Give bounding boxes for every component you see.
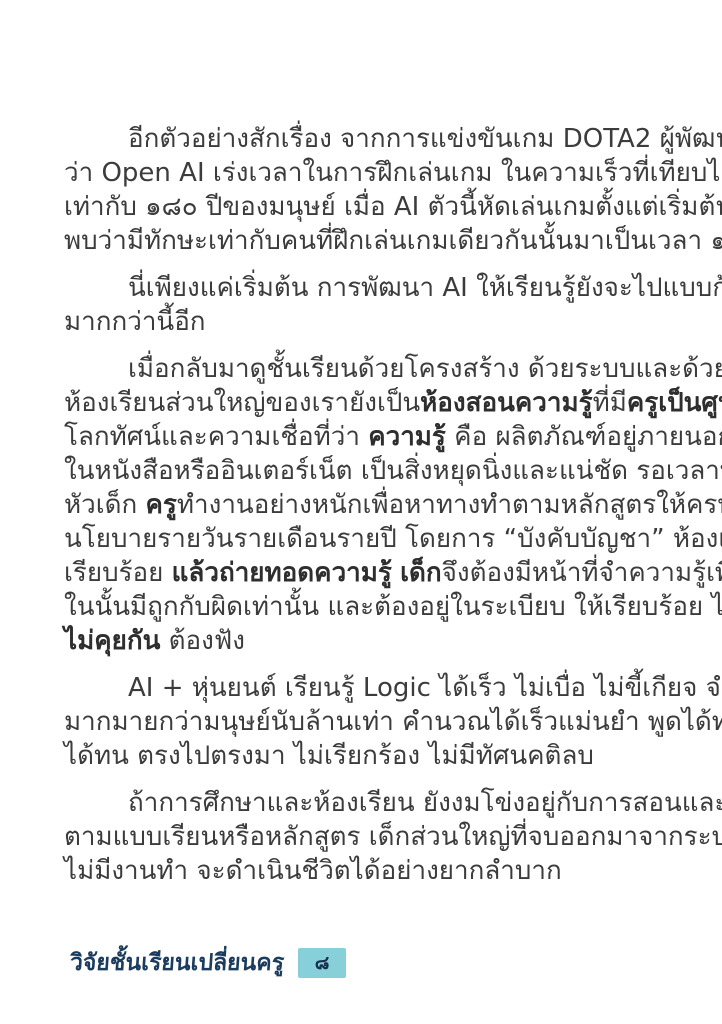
text-segment: นโยบายรายวันรายเดือนรายปี โดยการ “บังคับ… bbox=[64, 524, 722, 554]
text-line: เรียบร้อย แล้วถ่ายทอดความรู้ เด็กจึงต้อง… bbox=[64, 556, 686, 590]
paragraph: นี่เพียงแค่เริ่มต้น การพัฒนา AI ให้เรียน… bbox=[64, 271, 686, 339]
text-line: นโยบายรายวันรายเดือนรายปี โดยการ “บังคับ… bbox=[64, 522, 686, 556]
footer-book-title: วิจัยชั้นเรียนเปลี่ยนครู bbox=[69, 946, 285, 980]
text-segment: เมื่อกลับมาดูชั้นเรียนด้วยโครงสร้าง ด้วย… bbox=[128, 354, 722, 384]
text-line: พบว่ามีทักษะเท่ากับคนที่ฝึกเล่นเกมเดียวก… bbox=[64, 224, 686, 258]
paragraph: AI + หุ่นยนต์ เรียนรู้ Logic ได้เร็ว ไม่… bbox=[64, 671, 686, 773]
text-segment: นี่เพียงแค่เริ่มต้น การพัฒนา AI ให้เรียน… bbox=[128, 273, 722, 303]
text-line: ไม่มีงานทำ จะดำเนินชีวิตได้อย่างยากลำบาก bbox=[64, 854, 686, 888]
text-segment: ไม่มีงานทำ จะดำเนินชีวิตได้อย่างยากลำบาก bbox=[64, 856, 562, 886]
page-footer: วิจัยชั้นเรียนเปลี่ยนครู ๘ bbox=[70, 946, 346, 980]
text-segment: ทำงานอย่างหนักเพื่อหาทางทำตามหลักสูตรให้… bbox=[177, 490, 722, 520]
text-segment: เรียบร้อย bbox=[64, 558, 172, 588]
text-segment: ถ้าการศึกษาและห้องเรียน ยังงมโข่งอยู่กับ… bbox=[128, 788, 722, 818]
paragraph: ถ้าการศึกษาและห้องเรียน ยังงมโข่งอยู่กับ… bbox=[64, 786, 686, 888]
text-line: ได้ทน ตรงไปตรงมา ไม่เรียกร้อง ไม่มีทัศนค… bbox=[64, 739, 686, 773]
text-segment: หัวเด็ก bbox=[64, 490, 146, 520]
text-segment bbox=[392, 558, 400, 588]
paragraph: อีกตัวอย่างสักเรื่อง จากการแข่งขันเกม DO… bbox=[64, 122, 686, 258]
text-line: โลกทัศน์และความเชื่อที่ว่า ความรู้ คือ ผ… bbox=[64, 420, 686, 454]
bold-text-segment: ห้องสอนความรู้ bbox=[420, 388, 592, 418]
text-line: มากกว่านี้อีก bbox=[64, 305, 686, 339]
text-segment: ได้ทน ตรงไปตรงมา ไม่เรียกร้อง ไม่มีทัศนค… bbox=[64, 741, 594, 771]
text-segment: ในนั้นมีถูกกับผิดเท่านั้น และต้องอยู่ในร… bbox=[64, 592, 722, 622]
text-line: ว่า Open AI เร่งเวลาในการฝึกเล่นเกม ในคว… bbox=[64, 156, 686, 190]
text-segment: คือ ผลิตภัณฑ์อยู่ภายนอกตัวคน อาจมี bbox=[446, 422, 722, 452]
page-number-box: ๘ bbox=[298, 948, 346, 978]
text-segment: อีกตัวอย่างสักเรื่อง จากการแข่งขันเกม DO… bbox=[128, 124, 722, 154]
text-segment: AI + หุ่นยนต์ เรียนรู้ Logic ได้เร็ว ไม่… bbox=[128, 673, 722, 703]
text-segment: จึงต้องมีหน้าที่จำความรู้เพื่อสอบซึ่ง bbox=[442, 558, 722, 588]
bold-text-segment: ครูเป็นศูนย์กลาง bbox=[627, 388, 722, 418]
text-line: มากมายกว่ามนุษย์นับล้านเท่า คำนวณได้เร็ว… bbox=[64, 705, 686, 739]
text-line: ในนั้นมีถูกกับผิดเท่านั้น และต้องอยู่ในร… bbox=[64, 590, 686, 624]
text-line: อีกตัวอย่างสักเรื่อง จากการแข่งขันเกม DO… bbox=[64, 122, 686, 156]
text-segment: ในหนังสือหรืออินเตอร์เน็ต เป็นสิ่งหยุดนิ… bbox=[64, 456, 722, 486]
bold-text-segment: แล้วถ่ายทอดความรู้ bbox=[172, 558, 392, 588]
text-line: นี่เพียงแค่เริ่มต้น การพัฒนา AI ให้เรียน… bbox=[64, 271, 686, 305]
text-segment: เท่ากับ ๑๘๐ ปีของมนุษย์ เมื่อ AI ตัวนี้ห… bbox=[64, 192, 722, 222]
document-body: อีกตัวอย่างสักเรื่อง จากการแข่งขันเกม DO… bbox=[64, 122, 686, 888]
page-number: ๘ bbox=[315, 954, 330, 973]
text-line: เท่ากับ ๑๘๐ ปีของมนุษย์ เมื่อ AI ตัวนี้ห… bbox=[64, 190, 686, 224]
text-line: AI + หุ่นยนต์ เรียนรู้ Logic ได้เร็ว ไม่… bbox=[64, 671, 686, 705]
text-segment: โลกทัศน์และความเชื่อที่ว่า bbox=[64, 422, 368, 452]
text-line: ถ้าการศึกษาและห้องเรียน ยังงมโข่งอยู่กับ… bbox=[64, 786, 686, 820]
text-segment: พบว่ามีทักษะเท่ากับคนที่ฝึกเล่นเกมเดียวก… bbox=[64, 226, 722, 256]
text-segment: มากมายกว่ามนุษย์นับล้านเท่า คำนวณได้เร็ว… bbox=[64, 707, 722, 737]
bold-text-segment: ความรู้ bbox=[368, 422, 446, 452]
text-line: หัวเด็ก ครูทำงานอย่างหนักเพื่อหาทางทำตาม… bbox=[64, 488, 686, 522]
text-segment: ห้องเรียนส่วนใหญ่ของเรายังเป็น bbox=[64, 388, 420, 418]
bold-text-segment: ครู bbox=[146, 490, 177, 520]
text-line: เมื่อกลับมาดูชั้นเรียนด้วยโครงสร้าง ด้วย… bbox=[64, 352, 686, 386]
text-line: ตามแบบเรียนหรือหลักสูตร เด็กส่วนใหญ่ที่จ… bbox=[64, 820, 686, 854]
bold-text-segment: เด็ก bbox=[400, 558, 442, 588]
book-page: อีกตัวอย่างสักเรื่อง จากการแข่งขันเกม DO… bbox=[0, 0, 722, 1024]
paragraph: เมื่อกลับมาดูชั้นเรียนด้วยโครงสร้าง ด้วย… bbox=[64, 352, 686, 658]
text-segment: ตามแบบเรียนหรือหลักสูตร เด็กส่วนใหญ่ที่จ… bbox=[64, 822, 722, 852]
text-segment: ต้องฟัง bbox=[160, 626, 245, 656]
text-segment: ที่มี bbox=[593, 388, 627, 418]
text-line: ในหนังสือหรืออินเตอร์เน็ต เป็นสิ่งหยุดนิ… bbox=[64, 454, 686, 488]
text-segment: ว่า Open AI เร่งเวลาในการฝึกเล่นเกม ในคว… bbox=[64, 158, 722, 188]
text-segment: มากกว่านี้อีก bbox=[64, 307, 206, 337]
text-line: ไม่คุยกัน ต้องฟัง bbox=[64, 624, 686, 658]
text-line: ห้องเรียนส่วนใหญ่ของเรายังเป็นห้องสอนควา… bbox=[64, 386, 686, 420]
bold-text-segment: ไม่คุยกัน bbox=[64, 626, 160, 656]
